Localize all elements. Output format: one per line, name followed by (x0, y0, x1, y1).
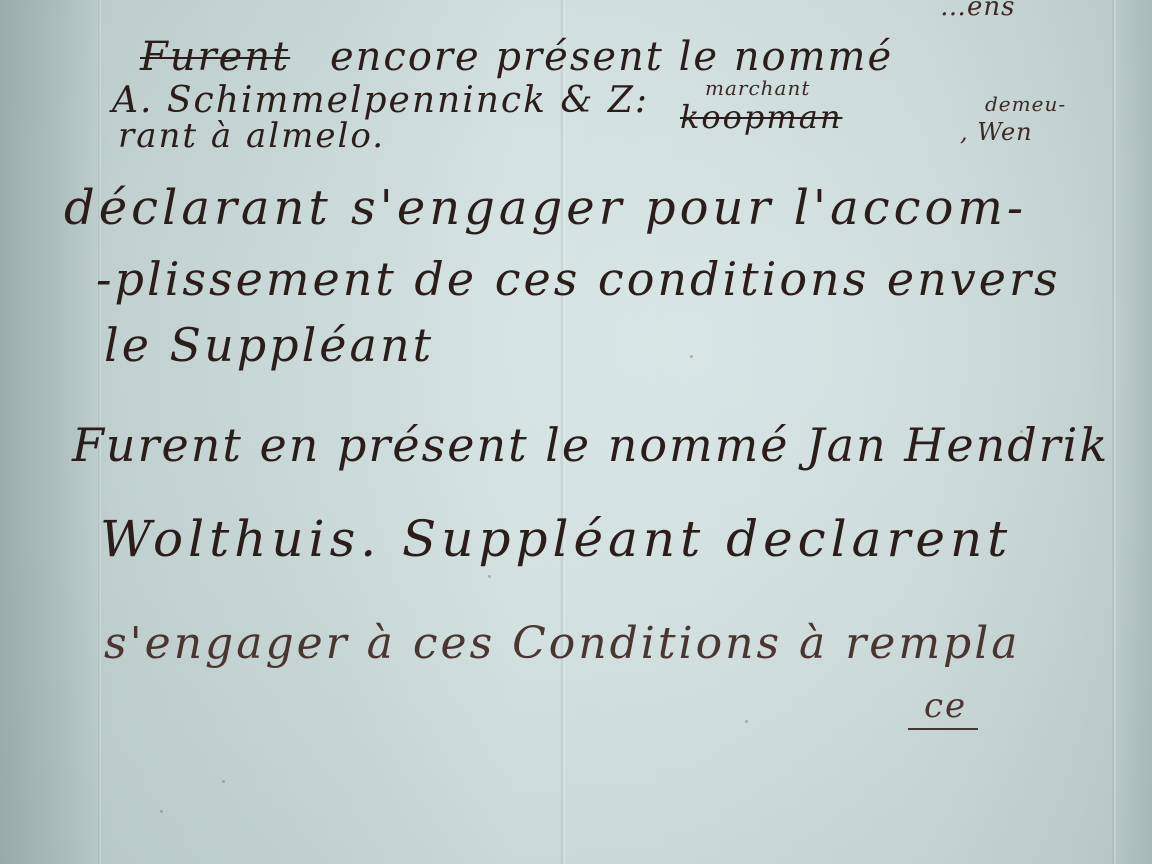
page-shadow-right (1112, 0, 1152, 864)
interlinear-insertion: marchant (705, 76, 810, 100)
struck-word-koopman: koopman (680, 98, 842, 136)
margin-word-demeu: demeu- (985, 92, 1066, 116)
handwritten-line-8: Wolthuis. Suppléant declarent (100, 510, 1012, 568)
underline-flourish (908, 728, 978, 730)
handwritten-line-2: A. Schimmelpenninck & Z: (112, 80, 649, 121)
margin-word-wen: , Wen (960, 118, 1033, 146)
handwritten-line-9: s'engager à ces Conditions à rempla (104, 618, 1021, 669)
paper-speck (690, 355, 693, 358)
fold-crease-right (1112, 0, 1116, 864)
handwritten-line-5: -plissement de ces conditions envers (96, 252, 1061, 306)
handwritten-line-6: le Suppléant (104, 318, 434, 372)
handwritten-line-3: rant à almelo. (118, 116, 385, 156)
paper-speck (222, 780, 225, 783)
paper-speck (488, 575, 491, 578)
handwritten-line-1: Furent (140, 34, 290, 80)
handwritten-line-1-rest: encore présent le nommé (330, 34, 893, 80)
handwritten-line-10: ce (924, 686, 967, 726)
document-page: …ens Furent encore présent le nommé A. S… (0, 0, 1152, 864)
handwritten-line-7: Furent en présent le nommé Jan Hendrik (72, 418, 1109, 472)
paper-speck (745, 720, 748, 723)
handwritten-line-4: déclarant s'engager pour l'accom- (64, 180, 1027, 236)
paper-speck (160, 810, 163, 813)
struck-word: Furent (140, 34, 290, 80)
handwritten-line-fragment: …ens (940, 0, 1015, 22)
